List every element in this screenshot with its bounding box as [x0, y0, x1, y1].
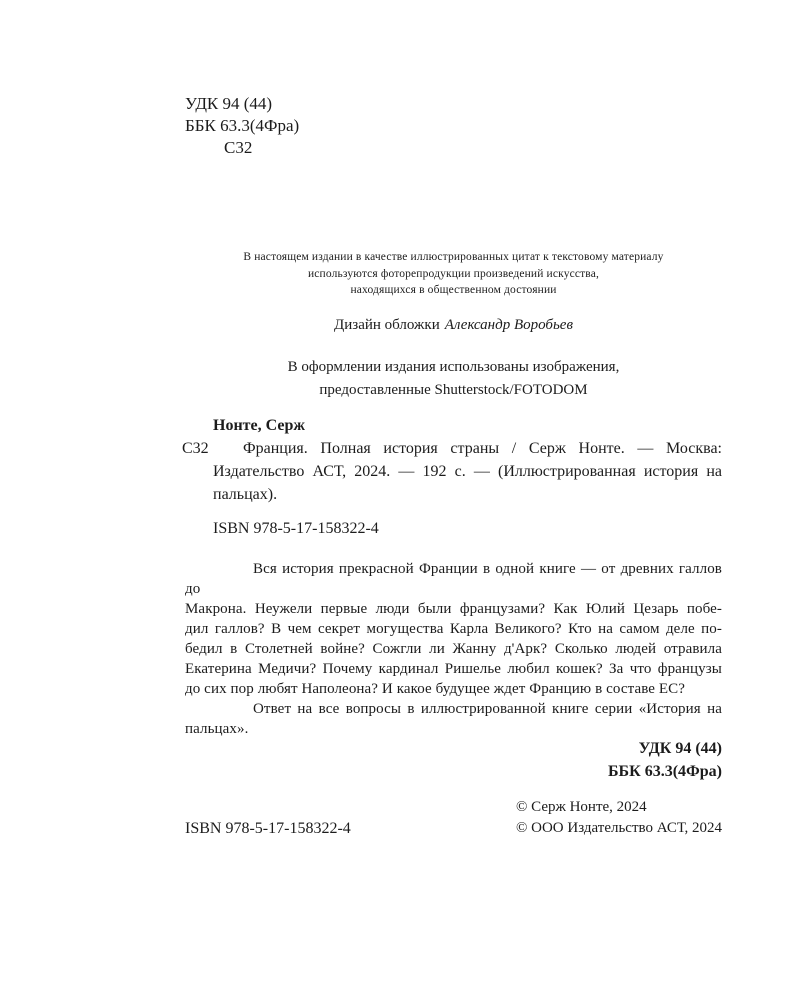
isbn-number-bottom: ISBN 978-5-17-158322-4 [185, 818, 351, 839]
illustration-note-line: находящихся в общественном достоянии [185, 282, 722, 299]
author-sign-code: С32 [182, 437, 209, 460]
book-annotation: Вся история прекрасной Франции в одной к… [185, 559, 722, 739]
bibliographic-entry: Нонте, Серж С32 Франция. Полная история … [185, 414, 722, 506]
author-sign-code: С32 [185, 137, 722, 159]
isbn-number-top: ISBN 978-5-17-158322-4 [213, 518, 722, 540]
catalog-entry-body: С32 Франция. Полная история страны / Сер… [213, 437, 722, 506]
classification-codes-bottom: УДК 94 (44) ББК 63.3(4Фра) [185, 737, 722, 783]
annotation-line: дил галлов? В чем секрет могущества Карл… [185, 619, 722, 639]
udk-code: УДК 94 (44) [185, 93, 722, 115]
bbk-code-bold: ББК 63.3(4Фра) [185, 760, 722, 783]
bbk-code: ББК 63.3(4Фра) [185, 115, 722, 137]
cover-design-label: Дизайн обложки [334, 317, 440, 333]
illustration-note-line: используются фоторепродукции произведени… [185, 266, 722, 283]
image-credit-line: предоставленные Shutterstock/FOTODOM [185, 379, 722, 402]
illustration-note-line: В настоящем издании в качестве иллюстрир… [185, 249, 722, 266]
catalog-entry-line: Франция. Полная история страны / Серж Но… [213, 437, 722, 460]
annotation-line: Екатерина Медичи? Почему кардинал Ришель… [185, 659, 722, 679]
annotation-line: бедил в Столетней войне? Сожгли ли Жанну… [185, 639, 722, 659]
annotation-line: до сих пор любят Наполеона? И какое буду… [185, 679, 722, 699]
cover-design-credit: Дизайн обложкиАлександр Воробьев [185, 316, 722, 335]
annotation-line: Ответ на все вопросы в иллюстрированной … [185, 699, 722, 719]
image-credit-line: В оформлении издания использованы изобра… [185, 356, 722, 379]
catalog-entry-line: пальцах). [213, 483, 722, 506]
book-author-name: Нонте, Серж [213, 414, 722, 437]
footer-row: ISBN 978-5-17-158322-4 © Серж Нонте, 202… [185, 797, 722, 839]
udk-code-bold: УДК 94 (44) [185, 737, 722, 760]
copyright-page: УДК 94 (44) ББК 63.3(4Фра) С32 В настоящ… [0, 0, 800, 1000]
image-credit-note: В оформлении издания использованы изобра… [185, 356, 722, 402]
illustration-note: В настоящем издании в качестве иллюстрир… [185, 249, 722, 299]
cover-designer-name: Александр Воробьев [445, 317, 573, 333]
copyright-author: © Серж Нонте, 2024 [516, 797, 722, 818]
copyright-publisher: © ООО Издательство АСТ, 2024 [516, 818, 722, 839]
catalog-entry-line: Издательство АСТ, 2024. — 192 с. — (Иллю… [213, 460, 722, 483]
copyright-block: © Серж Нонте, 2024 © ООО Издательство АС… [516, 797, 722, 839]
classification-codes-top: УДК 94 (44) ББК 63.3(4Фра) С32 [185, 93, 722, 159]
annotation-line: Макрона. Неужели первые люди были францу… [185, 599, 722, 619]
annotation-line: пальцах». [185, 719, 722, 739]
annotation-line: Вся история прекрасной Франции в одной к… [185, 559, 722, 599]
